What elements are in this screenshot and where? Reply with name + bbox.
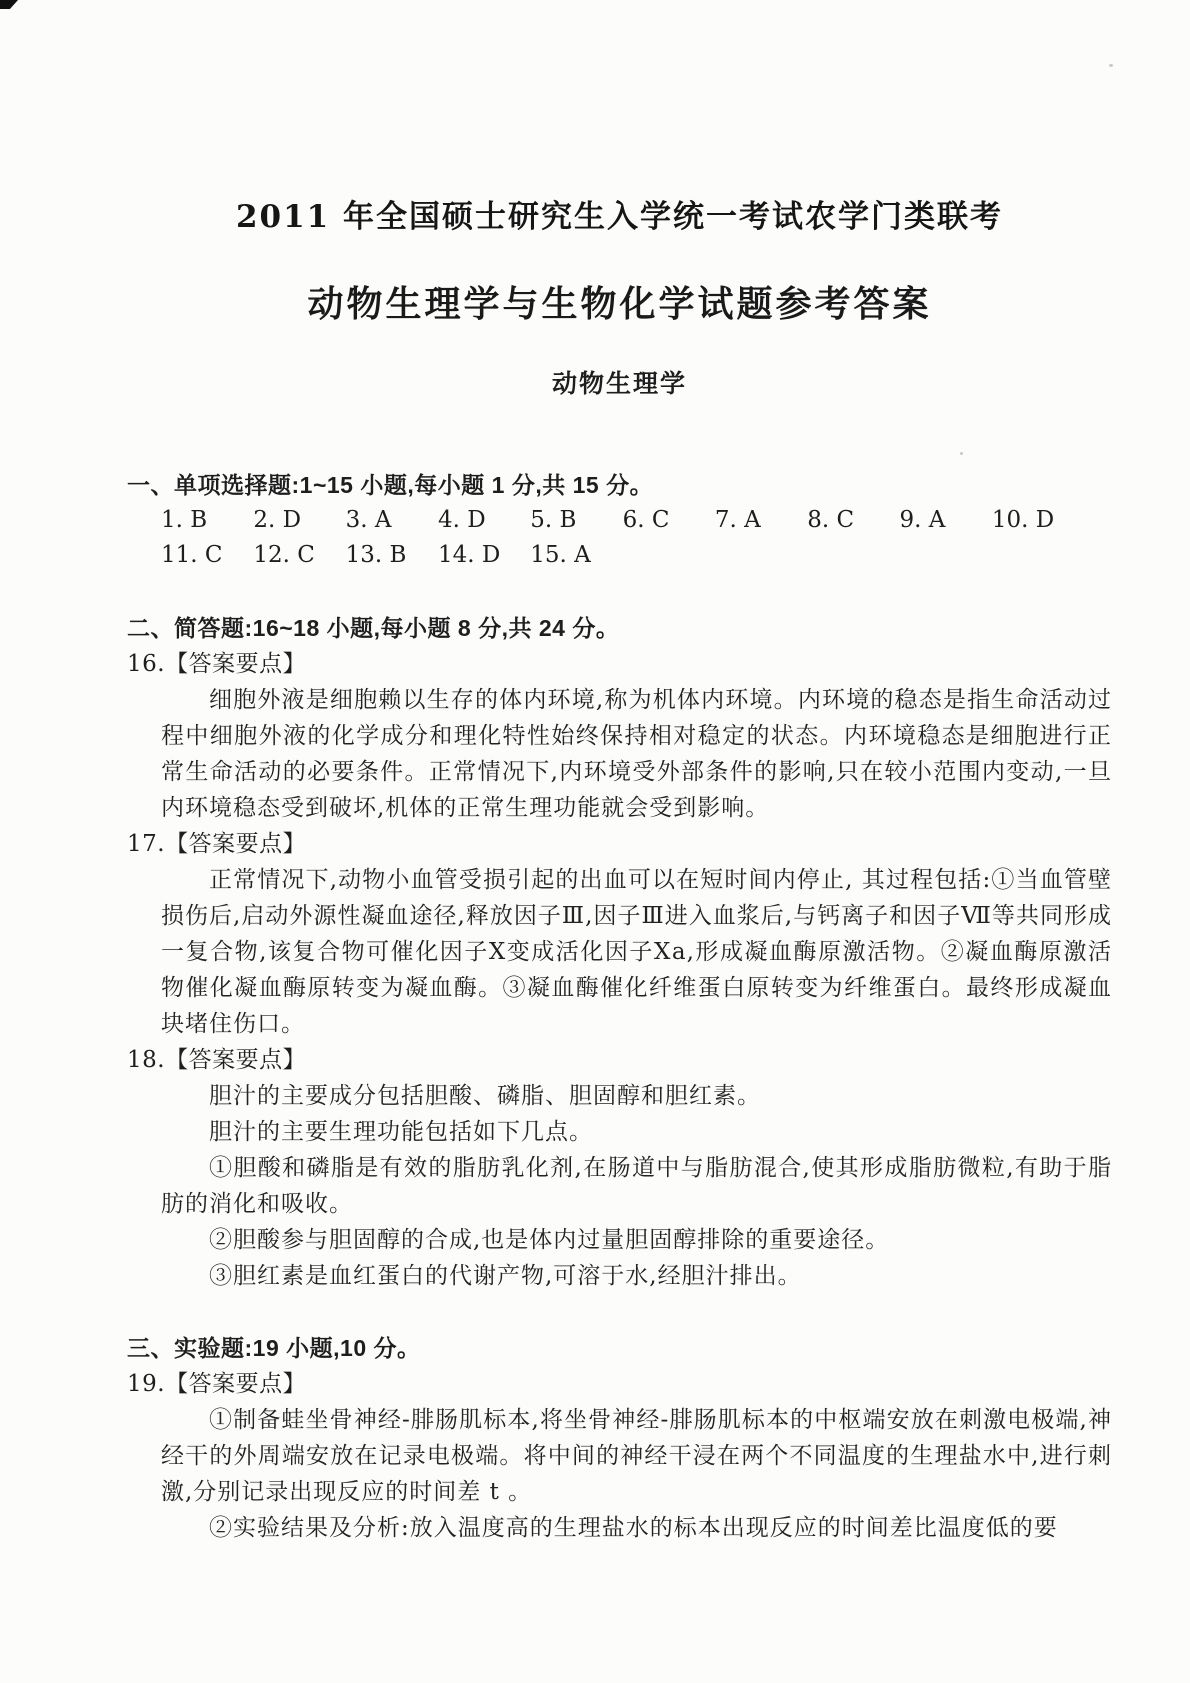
section-heading-part1: 一、单项选择题:1~15 小题,每小题 1 分,共 15 分。 [127,467,1112,503]
question-19-tag: 【答案要点】 [165,1371,306,1397]
question-19-label: 19.【答案要点】 [127,1366,1112,1402]
question-19-number: 19. [127,1371,165,1397]
question-17-tag: 【答案要点】 [165,831,306,857]
page-subtitle: 动物生理学与生物化学试题参考答案 [127,279,1112,329]
question-18-number: 18. [127,1047,165,1073]
question-16: 16.【答案要点】 细胞外液是细胞赖以生存的体内环境,称为机体内环境。内环境的稳… [127,646,1112,826]
mc-answer-11: 11. C [161,538,246,573]
mc-answer-12: 12. C [253,538,338,573]
answer-paragraph: ②实验结果及分析:放入温度高的生理盐水的标本出现反应的时间差比温度低的要 [161,1510,1112,1546]
question-17-number: 17. [127,831,165,857]
question-16-number: 16. [127,651,165,677]
mc-answer-8: 8. C [807,503,892,538]
mc-answer-10: 10. D [992,503,1077,538]
answer-paragraph: 细胞外液是细胞赖以生存的体内环境,称为机体内环境。内环境的稳态是指生命活动过程中… [161,682,1112,826]
mc-answer-6: 6. C [623,503,708,538]
question-19: 19.【答案要点】 ①制备蛙坐骨神经-腓肠肌标本,将坐骨神经-腓肠肌标本的中枢端… [127,1366,1112,1546]
page-title: 2011 年全国硕士研究生入学统一考试农学门类联考 [127,195,1112,239]
mc-answer-14: 14. D [438,538,523,573]
question-18: 18.【答案要点】 胆汁的主要成分包括胆酸、磷脂、胆固醇和胆红素。 胆汁的主要生… [127,1042,1112,1294]
question-16-tag: 【答案要点】 [165,651,306,677]
document-page: 2011 年全国硕士研究生入学统一考试农学门类联考 动物生理学与生物化学试题参考… [0,0,1190,1683]
question-18-tag: 【答案要点】 [165,1047,306,1073]
answer-paragraph: ③胆红素是血红蛋白的代谢产物,可溶于水,经胆汁排出。 [161,1258,1112,1294]
mc-answer-3: 3. A [346,503,431,538]
question-17-label: 17.【答案要点】 [127,826,1112,862]
mc-answer-7: 7. A [715,503,800,538]
mc-answer-9: 9. A [900,503,985,538]
mc-answers-row-2: 11. C 12. C 13. B 14. D 15. A [161,538,1112,573]
question-17-answer: 正常情况下,动物小血管受损引起的出血可以在短时间内停止, 其过程包括:①当血管壁… [161,862,1112,1042]
question-16-label: 16.【答案要点】 [127,646,1112,682]
mc-answer-15: 15. A [530,538,615,573]
answer-paragraph: ②胆酸参与胆固醇的合成,也是体内过量胆固醇排除的重要途径。 [161,1222,1112,1258]
question-18-label: 18.【答案要点】 [127,1042,1112,1078]
answer-paragraph: ①制备蛙坐骨神经-腓肠肌标本,将坐骨神经-腓肠肌标本的中枢端安放在刺激电极端,神… [161,1402,1112,1510]
answer-paragraph: 正常情况下,动物小血管受损引起的出血可以在短时间内停止, 其过程包括:①当血管壁… [161,862,1112,1042]
section-heading-part3: 三、实验题:19 小题,10 分。 [127,1330,1112,1366]
document-content: 2011 年全国硕士研究生入学统一考试农学门类联考 动物生理学与生物化学试题参考… [0,0,1190,1546]
question-16-answer: 细胞外液是细胞赖以生存的体内环境,称为机体内环境。内环境的稳态是指生命活动过程中… [161,682,1112,826]
mc-answer-2: 2. D [253,503,338,538]
question-17: 17.【答案要点】 正常情况下,动物小血管受损引起的出血可以在短时间内停止, 其… [127,826,1112,1042]
answer-paragraph: ①胆酸和磷脂是有效的脂肪乳化剂,在肠道中与脂肪混合,使其形成脂肪微粒,有助于脂肪… [161,1150,1112,1222]
answer-paragraph: 胆汁的主要成分包括胆酸、磷脂、胆固醇和胆红素。 [161,1078,1112,1114]
question-18-answer: 胆汁的主要成分包括胆酸、磷脂、胆固醇和胆红素。 胆汁的主要生理功能包括如下几点。… [161,1078,1112,1294]
section-heading-part2: 二、简答题:16~18 小题,每小题 8 分,共 24 分。 [127,610,1112,646]
answer-paragraph: 胆汁的主要生理功能包括如下几点。 [161,1114,1112,1150]
subject-heading: 动物生理学 [127,367,1112,401]
mc-answer-5: 5. B [530,503,615,538]
mc-answer-4: 4. D [438,503,523,538]
mc-answer-1: 1. B [161,503,246,538]
mc-answers-row-1: 1. B 2. D 3. A 4. D 5. B 6. C 7. A 8. C … [161,503,1112,538]
mc-answer-13: 13. B [346,538,431,573]
question-19-answer: ①制备蛙坐骨神经-腓肠肌标本,将坐骨神经-腓肠肌标本的中枢端安放在刺激电极端,神… [161,1402,1112,1546]
